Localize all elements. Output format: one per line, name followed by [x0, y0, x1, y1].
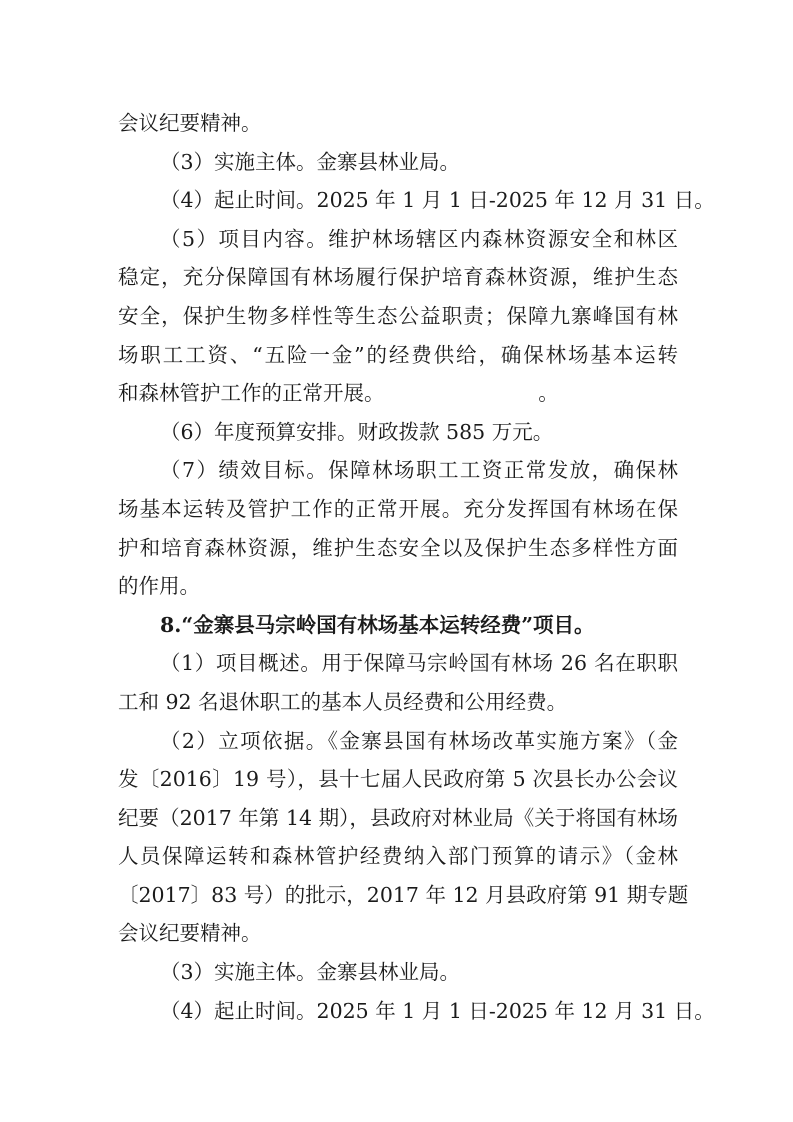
text-line: 安全，保护生物多样性等生态公益职责；保障九寨峰国有林 [118, 297, 678, 336]
line-text: 会议纪要精神。 [118, 111, 262, 135]
text-line: （4）起止时间。2025 年 1 月 1 日-2025 年 12 月 31 日。 [118, 181, 678, 220]
line-text: 会议纪要精神。 [118, 921, 262, 945]
line-text: 发〔2016〕19 号），县十七届人民政府第 5 次县长办公会议 [118, 760, 678, 799]
line-text: 工和 92 名退休职工的基本人员经费和公用经费。 [118, 690, 567, 714]
text-line: （1）项目概述。用于保障马宗岭国有林场 26 名在职职 [118, 644, 678, 683]
line-text: （4）起止时间。2025 年 1 月 1 日-2025 年 12 月 31 日。 [160, 181, 678, 220]
line-text: 稳定，充分保障国有林场履行保护培育森林资源，维护生态 [118, 258, 678, 297]
section-heading: 8.“金寨县马宗岭国有林场基本运转经费”项目。 [118, 606, 678, 645]
line-text: 护和培育森林资源，维护生态安全以及保护生态多样性方面 [118, 529, 678, 568]
line-text: 场基本运转及管护工作的正常开展。充分发挥国有林场在保 [118, 490, 678, 529]
line-text: 纪要（2017 年第 14 期），县政府对林业局《关于将国有林场 [118, 799, 678, 838]
line-text: （2）立项依据。《金寨县国有林场改革实施方案》（金 [160, 722, 678, 761]
text-line: 发〔2016〕19 号），县十七届人民政府第 5 次县长办公会议 [118, 760, 678, 799]
text-line: 〔2017〕83 号）的批示，2017 年 12 月县政府第 91 期专题 [118, 876, 678, 915]
text-line: 会议纪要精神。 [118, 914, 678, 953]
line-text: （3）实施主体。金寨县林业局。 [160, 960, 460, 984]
text-line: （6）年度预算安排。财政拨款 585 万元。 [118, 413, 678, 452]
text-line: 护和培育森林资源，维护生态安全以及保护生态多样性方面 [118, 529, 678, 568]
line-text: 和森林管护工作的正常开展。 。 [118, 381, 559, 405]
text-line: 场基本运转及管护工作的正常开展。充分发挥国有林场在保 [118, 490, 678, 529]
line-text: 安全，保护生物多样性等生态公益职责；保障九寨峰国有林 [118, 297, 678, 336]
line-text: 8.“金寨县马宗岭国有林场基本运转经费”项目。 [160, 613, 594, 637]
text-line: （2）立项依据。《金寨县国有林场改革实施方案》（金 [118, 722, 678, 761]
line-text: 的作用。 [118, 574, 200, 598]
line-text: （5）项目内容。维护林场辖区内森林资源安全和林区 [160, 220, 678, 259]
text-line: 人员保障运转和森林管护经费纳入部门预算的请示》（金林 [118, 837, 678, 876]
text-line: 工和 92 名退休职工的基本人员经费和公用经费。 [118, 683, 678, 722]
text-line: （7）绩效目标。保障林场职工工资正常发放，确保林 [118, 451, 678, 490]
line-text: （3）实施主体。金寨县林业局。 [160, 150, 460, 174]
line-text: （4）起止时间。2025 年 1 月 1 日-2025 年 12 月 31 日。 [160, 992, 678, 1031]
line-text: （7）绩效目标。保障林场职工工资正常发放，确保林 [160, 451, 678, 490]
text-line: （4）起止时间。2025 年 1 月 1 日-2025 年 12 月 31 日。 [118, 992, 678, 1031]
text-line: （5）项目内容。维护林场辖区内森林资源安全和林区 [118, 220, 678, 259]
line-text: 〔2017〕83 号）的批示，2017 年 12 月县政府第 91 期专题 [118, 876, 678, 915]
text-line: 和森林管护工作的正常开展。 。 [118, 374, 678, 413]
document-page: 会议纪要精神。（3）实施主体。金寨县林业局。（4）起止时间。2025 年 1 月… [118, 104, 678, 1030]
text-line: （3）实施主体。金寨县林业局。 [118, 143, 678, 182]
text-line: 场职工工资、“五险一金”的经费供给，确保林场基本运转 [118, 336, 678, 375]
line-text: （6）年度预算安排。财政拨款 585 万元。 [160, 420, 553, 444]
line-text: （1）项目概述。用于保障马宗岭国有林场 26 名在职职 [160, 644, 678, 683]
text-line: 纪要（2017 年第 14 期），县政府对林业局《关于将国有林场 [118, 799, 678, 838]
text-line: 会议纪要精神。 [118, 104, 678, 143]
text-line: （3）实施主体。金寨县林业局。 [118, 953, 678, 992]
text-line: 稳定，充分保障国有林场履行保护培育森林资源，维护生态 [118, 258, 678, 297]
text-line: 的作用。 [118, 567, 678, 606]
line-text: 场职工工资、“五险一金”的经费供给，确保林场基本运转 [118, 336, 678, 375]
line-text: 人员保障运转和森林管护经费纳入部门预算的请示》（金林 [118, 837, 678, 876]
